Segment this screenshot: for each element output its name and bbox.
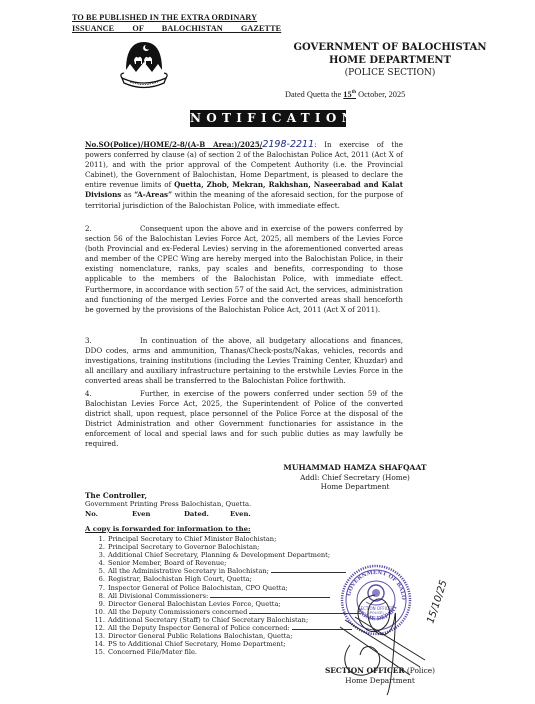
list-item: 3.Additional Chief Secretary, Planning &… — [92, 551, 361, 559]
handwritten-ref-number: 2198-2211 — [262, 139, 314, 150]
section-officer-title: SECTION OFFICER — [325, 666, 405, 675]
dated-prefix: Dated Quetta the — [285, 90, 341, 99]
list-item: 2.Principal Secretary to Governor Baloch… — [92, 543, 361, 551]
blank-line — [210, 597, 330, 598]
government-name: GOVERNMENT OF BALOCHISTAN — [270, 42, 510, 55]
gazette-line-1: TO BE PUBLISHED IN THE EXTRA ORDINARY — [72, 12, 281, 23]
list-item: 4.Senior Member, Board of Revenue; — [92, 559, 361, 567]
section-officer-block: SECTION OFFICER (Police) Home Department — [305, 666, 455, 685]
list-item: 5.All the Administrative Secretary in Ba… — [92, 567, 361, 575]
list-item: 15.Concerned File/Mater file. — [92, 648, 361, 656]
a-areas-term: “A-Areas” — [134, 190, 172, 199]
signatory-department: Home Department — [265, 482, 445, 492]
signature-block: MUHAMMAD HAMZA SHAFQAAT Addl: Chief Secr… — [265, 463, 445, 492]
controller-address: Government Printing Press Balochistan, Q… — [85, 500, 251, 509]
section-officer-department: Home Department — [305, 676, 455, 686]
list-item: 13.Director General Public Relations Bal… — [92, 632, 361, 640]
list-item: 7.Inspector General of Police Balochista… — [92, 584, 361, 592]
list-item: 14.PS to Additional Chief Secretary, Hom… — [92, 640, 361, 648]
paragraph-number: 2. — [85, 224, 140, 234]
department-name: HOME DEPARTMENT — [270, 55, 510, 68]
list-item: 1.Principal Secretary to Chief Minister … — [92, 535, 361, 543]
copy-recipient-list: 1.Principal Secretary to Chief Minister … — [92, 535, 361, 656]
list-item: 11.Additional Secretary (Staff) to Chief… — [92, 616, 361, 624]
paragraph-4: 4.Further, in exercise of the powers con… — [85, 389, 403, 450]
copy-forward-heading: A copy is forwarded for information to t… — [85, 525, 251, 533]
blank-line — [271, 572, 346, 573]
list-item: 12.All the Deputy Inspector General of P… — [92, 624, 361, 632]
paragraph-3: 3.In continuation of the above, all budg… — [85, 336, 403, 386]
list-item: 8.All Divisional Commissioners: — [92, 592, 361, 600]
list-item: 6.Registrar, Balochistan High Court, Que… — [92, 575, 361, 583]
date-line: Dated Quetta the 15th October, 2025 — [285, 90, 405, 99]
paragraph-number: 3. — [85, 336, 140, 346]
signatory-name: MUHAMMAD HAMZA SHAFQAAT — [265, 463, 445, 473]
document-header: GOVERNMENT OF BALOCHISTAN HOME DEPARTMEN… — [270, 42, 510, 80]
signatory-designation: Addl: Chief Secretary (Home) — [265, 473, 445, 483]
paragraph-1: No.SO(Police)/HOME/2-8/(A-B Area:)/2025/… — [85, 140, 403, 211]
number-date-line: No.EvenDated.Even. — [85, 510, 251, 519]
gazette-notice: TO BE PUBLISHED IN THE EXTRA ORDINARY IS… — [72, 12, 281, 34]
dated-day: 15th — [343, 90, 356, 99]
notification-title: NOTIFICATION — [190, 110, 346, 127]
gazette-line-2: ISSUANCE OF BALOCHISTAN GAZETTE — [72, 23, 281, 34]
controller-title: The Controller, — [85, 491, 251, 500]
section-officer-suffix: (Police) — [407, 666, 435, 675]
paragraph-2: 2.Consequent upon the above and in exerc… — [85, 224, 403, 315]
dated-rest: October, 2025 — [358, 90, 405, 99]
paragraph-number: 4. — [85, 389, 140, 399]
list-item: 9.Director General Balochistan Levies Fo… — [92, 600, 361, 608]
section-name: (POLICE SECTION) — [270, 67, 510, 80]
balochistan-emblem-icon — [118, 38, 170, 90]
reference-number: No.SO(Police)/HOME/2-8/(A-B Area:)/2025/ — [85, 140, 262, 149]
list-item: 10.All the Deputy Commissioners concerne… — [92, 608, 361, 616]
controller-block: The Controller, Government Printing Pres… — [85, 491, 251, 519]
